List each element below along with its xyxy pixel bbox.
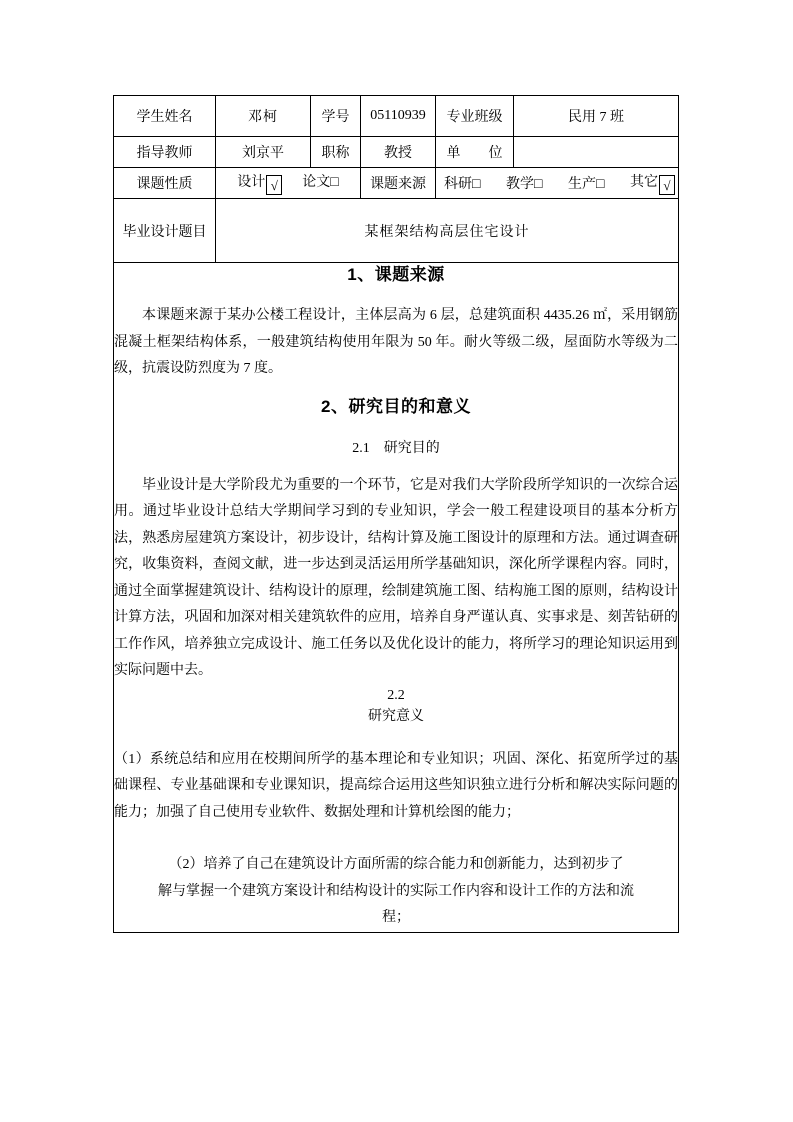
design-option-label: 设计: [237, 175, 265, 190]
research-option-label: 科研□: [444, 173, 480, 193]
other-option-label: 其它: [630, 175, 658, 190]
table-row-content: 1、课题来源 本课题来源于某办公楼工程设计，主体层高为 6 层，总建筑面积 44…: [114, 263, 679, 933]
table-row-nature-source: 课题性质 设计√论文□ 课题来源 科研□ 教学□ 生产□ 其它√: [114, 168, 679, 199]
section-2-2-title: 研究意义: [114, 706, 678, 728]
source-options: 科研□ 教学□ 生产□ 其它√: [436, 168, 679, 199]
unit-value: [514, 137, 679, 168]
table-row-project-title: 毕业设计题目 某框架结构高层住宅设计: [114, 199, 679, 263]
student-id-label: 学号: [311, 96, 361, 137]
class-label: 专业班级: [436, 96, 514, 137]
advisor-label: 指导教师: [114, 137, 216, 168]
source-label: 课题来源: [361, 168, 436, 199]
other-option: 其它√: [630, 171, 675, 195]
student-name-label: 学生姓名: [114, 96, 216, 137]
student-info-table: 学生姓名 邓柯 学号 05110939 专业班级 民用 7 班 指导教师 刘京平…: [113, 95, 679, 933]
point-1-paragraph: （1）系统总结和应用在校期间所学的基本理论和专业知识；巩固、深化、拓宽所学过的基…: [114, 747, 678, 827]
section-2-2-number: 2.2: [114, 685, 678, 707]
teaching-option-label: 教学□: [506, 173, 542, 193]
point-2-paragraph: （2）培养了自己在建筑设计方面所需的综合能力和创新能力，达到初步了 解与掌握一个…: [114, 852, 678, 932]
rank-label: 职称: [311, 137, 361, 168]
nature-options: 设计√论文□: [216, 168, 361, 199]
point-2-line-2: 解与掌握一个建筑方案设计和结构设计的实际工作内容和设计工作的方法和流: [114, 879, 678, 906]
student-id-value: 05110939: [361, 96, 436, 137]
project-title-value: 某框架结构高层住宅设计: [216, 199, 679, 263]
document-page: 学生姓名 邓柯 学号 05110939 专业班级 民用 7 班 指导教师 刘京平…: [0, 0, 793, 1122]
section-2-heading: 2、研究目的和意义: [114, 395, 678, 419]
table-row-student: 学生姓名 邓柯 学号 05110939 专业班级 民用 7 班: [114, 96, 679, 137]
class-value: 民用 7 班: [514, 96, 679, 137]
rank-value: 教授: [361, 137, 436, 168]
thesis-option-label: 论文□: [302, 175, 338, 190]
advisor-value: 刘京平: [216, 137, 311, 168]
design-checkbox-checked-icon: √: [266, 175, 282, 195]
point-2-line-3: 程；: [114, 905, 678, 932]
content-cell: 1、课题来源 本课题来源于某办公楼工程设计，主体层高为 6 层，总建筑面积 44…: [114, 263, 679, 933]
nature-label: 课题性质: [114, 168, 216, 199]
point-2-line-1: （2）培养了自己在建筑设计方面所需的综合能力和创新能力，达到初步了: [114, 852, 678, 879]
table-row-advisor: 指导教师 刘京平 职称 教授 单 位: [114, 137, 679, 168]
student-name-value: 邓柯: [216, 96, 311, 137]
project-title-label: 毕业设计题目: [114, 199, 216, 263]
section-1-heading: 1、课题来源: [114, 263, 678, 287]
section-2-1-paragraph: 毕业设计是大学阶段尤为重要的一个环节，它是对我们大学阶段所学知识的一次综合运用。…: [114, 473, 678, 685]
unit-label: 单 位: [436, 137, 514, 168]
other-checkbox-checked-icon: √: [659, 175, 675, 195]
section-2-1-subheading: 2.1 研究目的: [114, 439, 678, 459]
production-option-label: 生产□: [568, 173, 604, 193]
section-1-paragraph: 本课题来源于某办公楼工程设计，主体层高为 6 层，总建筑面积 4435.26 ㎡…: [114, 303, 678, 383]
